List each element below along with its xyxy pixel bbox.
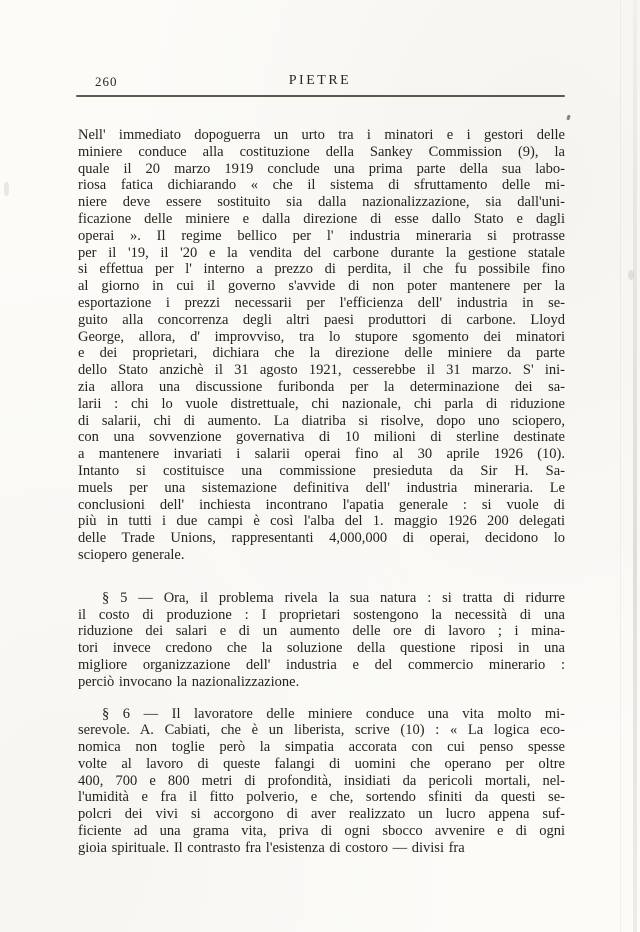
text-line: zia allora una discussione furibonda per…	[78, 379, 565, 396]
scan-artifact-edge-band	[633, 0, 637, 932]
text-line: Nell' immediato dopoguerra un urto tra i…	[78, 127, 565, 144]
scan-artifact-speck	[4, 182, 9, 196]
text-line: § 5 — Ora, il problema rivela la sua nat…	[78, 590, 565, 607]
running-title: PIETRE	[0, 73, 640, 89]
text-line: ficiente ad una grama vita, priva di ogn…	[78, 823, 565, 840]
text-line: sciopero generale.	[78, 547, 565, 564]
text-line: niere deve essere sostituito sia dalla n…	[78, 194, 565, 211]
paragraph: § 6 — Il lavoratore delle miniere conduc…	[78, 706, 565, 857]
text-line: di salarii, chi di aumento. La diatriba …	[78, 413, 565, 430]
text-line: § 6 — Il lavoratore delle miniere conduc…	[78, 706, 565, 723]
text-line: a mantenere invariati i salarii operai f…	[78, 446, 565, 463]
text-line: serevole. A. Cabiati, che è un liberista…	[78, 722, 565, 739]
text-line: per il '19, il '20 e la vendita del carb…	[78, 245, 565, 262]
text-line: George, allora, d' improvviso, tra lo st…	[78, 329, 565, 346]
text-line: il costo di produzione : I proprietari s…	[78, 607, 565, 624]
header-rule	[76, 95, 565, 97]
text-line: Intanto si costituisce una commissione p…	[78, 463, 565, 480]
page-body: Nell' immediato dopoguerra un urto tra i…	[78, 127, 565, 857]
text-line: ficazione delle miniere e dalla direzion…	[78, 211, 565, 228]
text-line: con una sovvenzione governativa di 10 mi…	[78, 429, 565, 446]
text-line: muels per una sistemazione definitiva de…	[78, 480, 565, 497]
text-line: gioia spirituale. Il contrasto fra l'esi…	[78, 840, 565, 857]
paragraph: § 5 — Ora, il problema rivela la sua nat…	[78, 590, 565, 691]
paragraph: Nell' immediato dopoguerra un urto tra i…	[78, 127, 565, 564]
text-line: riduzione dei salari e di un aumento del…	[78, 623, 565, 640]
text-line: riosa fatica dichiarando « che il sistem…	[78, 177, 565, 194]
text-line: operai ». Il regime bellico per l' indus…	[78, 228, 565, 245]
text-line: l'umidità e fra il fitto polverio, e che…	[78, 789, 565, 806]
text-line: larii : chi lo vuole distrettuale, chi n…	[78, 396, 565, 413]
text-line: più in tutti i due campi è così l'alba d…	[78, 513, 565, 530]
scan-artifact-speck	[566, 115, 570, 121]
text-line: esportazione i prezzi necessarii per l'e…	[78, 295, 565, 312]
text-line: dello Stato anzichè il 31 agosto 1921, c…	[78, 362, 565, 379]
text-line: 400, 700 e 800 metri di profondità, insi…	[78, 773, 565, 790]
text-line: tori invece credono che la soluzione del…	[78, 640, 565, 657]
scan-artifact-speck	[628, 270, 634, 280]
text-line: conclusioni dell' inchiesta incontrano l…	[78, 497, 565, 514]
text-line: si effettua per l' interno a prezzo di p…	[78, 261, 565, 278]
text-line: nomica non toglie però la simpatia accor…	[78, 739, 565, 756]
text-line: quale il 20 marzo 1919 conclude una prim…	[78, 161, 565, 178]
text-line: delle Trade Unions, rappresentanti 4,000…	[78, 530, 565, 547]
text-line: polcri dei vivi si accorgono di aver rea…	[78, 806, 565, 823]
text-line: guito alla concorrenza degli altri paesi…	[78, 312, 565, 329]
text-line: perciò invocano la nazionalizzazione.	[78, 674, 565, 691]
text-line: al giorno in cui il governo s'avvide di …	[78, 278, 565, 295]
text-line: e dei proprietari, dichiara che la direz…	[78, 345, 565, 362]
scan-artifact-edge-line	[620, 0, 621, 932]
text-line: miniere conduce alla costituzione della …	[78, 144, 565, 161]
text-line: volte al lavoro di queste falangi di uom…	[78, 756, 565, 773]
text-line: migliore organizzazione dell' industria …	[78, 657, 565, 674]
scanned-book-page: 260 PIETRE Nell' immediato dopoguerra un…	[0, 0, 640, 932]
